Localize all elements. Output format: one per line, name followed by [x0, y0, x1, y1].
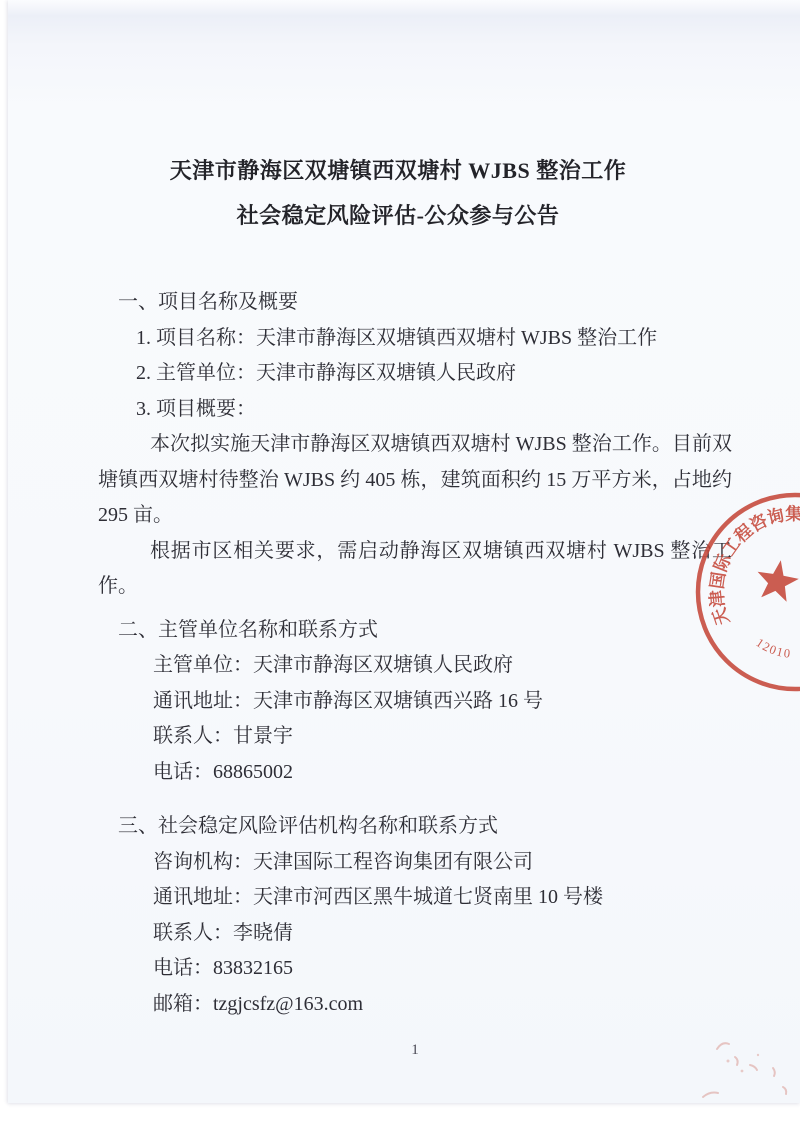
contact-line-unit: 主管单位：天津市静海区双塘镇人民政府: [98, 648, 732, 684]
official-seal-stamp: 天津国际工程咨询集团有限公司 12010: [690, 482, 800, 712]
seal-code: 12010: [753, 636, 792, 661]
document-sheet: 天津市静海区双塘镇西双塘村 WJBS 整治工作 社会稳定风险评估-公众参与公告 …: [8, 0, 800, 1103]
section-heading: 一、项目名称及概要: [98, 285, 732, 321]
section-supervising-unit-contact: 二、主管单位名称和联系方式 主管单位：天津市静海区双塘镇人民政府 通讯地址：天津…: [98, 613, 732, 791]
contact-line-agency: 咨询机构：天津国际工程咨询集团有限公司: [98, 845, 732, 881]
summary-paragraph: 本次拟实施天津市静海区双塘镇西双塘村 WJBS 整治工作。目前双塘镇西双塘村待整…: [98, 427, 732, 534]
page-number: 1: [98, 1042, 732, 1059]
seal-ring-label: 天津国际工程咨询集团有限公司: [706, 504, 800, 628]
contact-line-address: 通讯地址：天津市静海区双塘镇西兴路 16 号: [98, 684, 732, 720]
document-body: 天津市静海区双塘镇西双塘村 WJBS 整治工作 社会稳定风险评估-公众参与公告 …: [98, 0, 732, 1022]
contact-line-person: 联系人：甘景宇: [98, 719, 732, 755]
title-line-2: 社会稳定风险评估-公众参与公告: [98, 193, 698, 238]
title-line-1: 天津市静海区双塘镇西双塘村 WJBS 整治工作: [98, 148, 698, 193]
list-item-project-name: 1. 项目名称：天津市静海区双塘镇西双塘村 WJBS 整治工作: [98, 321, 732, 357]
document-title: 天津市静海区双塘镇西双塘村 WJBS 整治工作 社会稳定风险评估-公众参与公告: [98, 148, 698, 238]
list-item-supervising-unit: 2. 主管单位：天津市静海区双塘镇人民政府: [98, 356, 732, 392]
section-project-overview: 一、项目名称及概要 1. 项目名称：天津市静海区双塘镇西双塘村 WJBS 整治工…: [98, 285, 732, 605]
ink-smudge-marks: [695, 1035, 800, 1110]
contact-line-phone: 电话：83832165: [98, 951, 732, 987]
contact-line-address: 通讯地址：天津市河西区黑牛城道七贤南里 10 号楼: [98, 880, 732, 916]
requirement-paragraph: 根据市区相关要求，需启动静海区双塘镇西双塘村 WJBS 整治工作。: [98, 534, 732, 605]
contact-line-email: 邮箱：tzgjcsfz@163.com: [98, 987, 732, 1023]
star-icon: [758, 560, 799, 602]
contact-line-person: 联系人：李晓倩: [98, 916, 732, 952]
contact-line-phone: 电话：68865002: [98, 755, 732, 791]
scanned-page-canvas: 天津市静海区双塘镇西双塘村 WJBS 整治工作 社会稳定风险评估-公众参与公告 …: [0, 0, 800, 1131]
section-heading: 三、社会稳定风险评估机构名称和联系方式: [98, 809, 732, 845]
section-heading: 二、主管单位名称和联系方式: [98, 613, 732, 649]
section-assessment-agency-contact: 三、社会稳定风险评估机构名称和联系方式 咨询机构：天津国际工程咨询集团有限公司 …: [98, 809, 732, 1022]
list-item-project-summary: 3. 项目概要：: [98, 392, 732, 428]
